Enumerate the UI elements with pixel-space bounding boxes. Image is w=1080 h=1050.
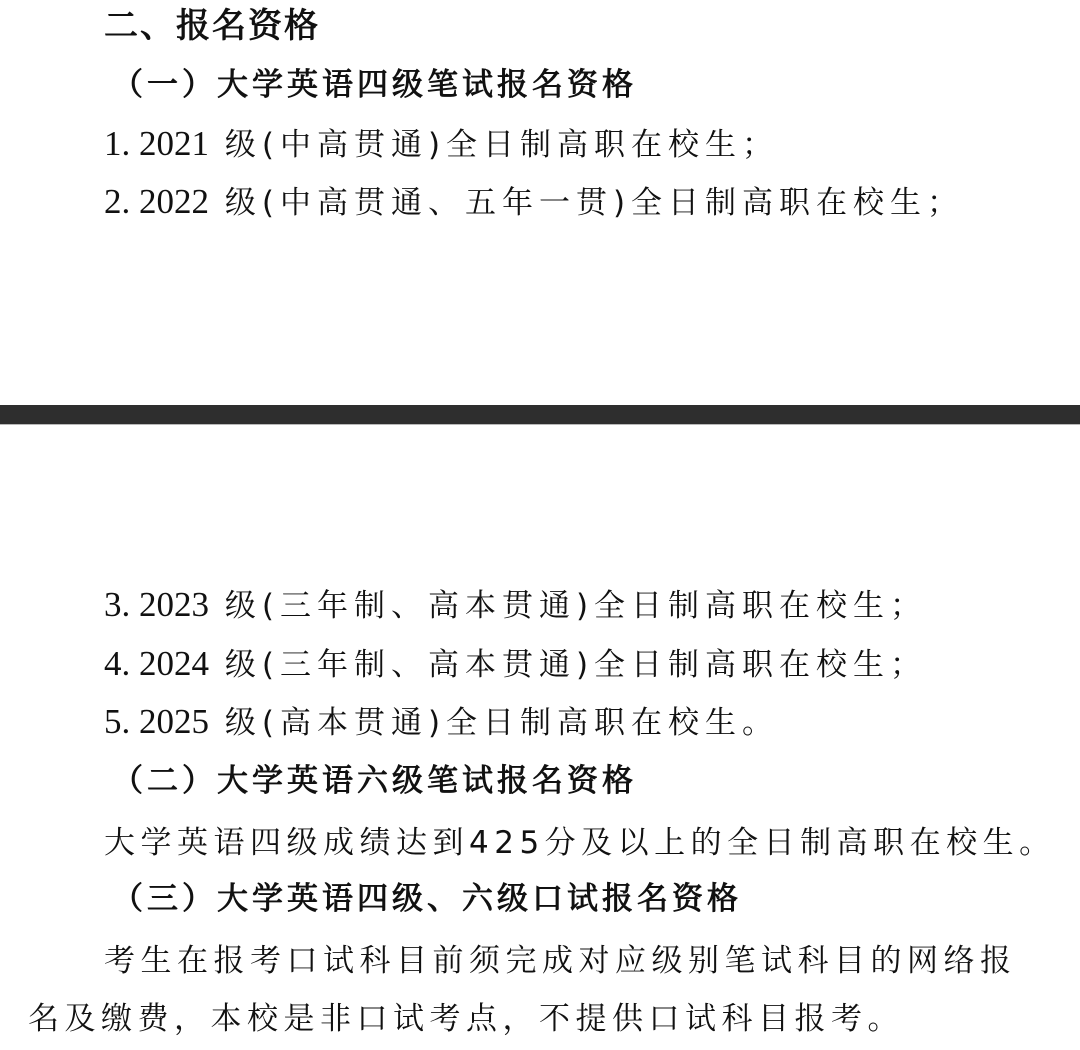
- list-item: 5. 2025 级(高本贯通)全日制高职在校生。: [104, 702, 779, 743]
- document-page-top: 二、报名资格 （一）大学英语四级笔试报名资格 1. 2021 级(中高贯通)全日…: [0, 0, 1080, 405]
- item-number: 3. 2023: [104, 585, 209, 624]
- item-number: 2. 2022: [104, 182, 209, 221]
- list-item: 2. 2022 级(中高贯通、五年一贯)全日制高职在校生；: [104, 182, 964, 223]
- item-text: 级(三年制、高本贯通)全日制高职在校生；: [209, 588, 927, 624]
- subsection-title-cet4-written: （一）大学英语四级笔试报名资格: [112, 65, 637, 105]
- list-item: 1. 2021 级(中高贯通)全日制高职在校生；: [104, 124, 779, 165]
- item-text: 级(中高贯通、五年一贯)全日制高职在校生；: [209, 185, 964, 221]
- item-number: 5. 2025: [104, 702, 209, 741]
- list-item: 4. 2024 级(三年制、高本贯通)全日制高职在校生；: [104, 644, 927, 685]
- subsection-title-oral: （三）大学英语四级、六级口试报名资格: [112, 879, 742, 919]
- section-title: 二、报名资格: [104, 6, 320, 46]
- page-divider: [0, 405, 1080, 425]
- paragraph-oral-line-2: 名及缴费，本校是非口试考点，不提供口试科目报考。: [28, 999, 904, 1039]
- paragraph-oral-line-1: 考生在报考口试科目前须完成对应级别笔试科目的网络报: [104, 941, 1017, 981]
- document-page-bottom: 3. 2023 级(三年制、高本贯通)全日制高职在校生； 4. 2024 级(三…: [0, 425, 1080, 1050]
- item-number: 4. 2024: [104, 644, 209, 683]
- item-text: 级(高本贯通)全日制高职在校生。: [209, 705, 779, 741]
- item-text: 级(三年制、高本贯通)全日制高职在校生；: [209, 647, 927, 683]
- item-text: 级(中高贯通)全日制高职在校生；: [209, 127, 779, 163]
- list-item: 3. 2023 级(三年制、高本贯通)全日制高职在校生；: [104, 585, 927, 626]
- subsection-title-cet6-written: （二）大学英语六级笔试报名资格: [112, 761, 637, 801]
- paragraph-cet6-eligibility: 大学英语四级成绩达到425分及以上的全日制高职在校生。: [104, 823, 1056, 863]
- item-number: 1. 2021: [104, 124, 209, 163]
